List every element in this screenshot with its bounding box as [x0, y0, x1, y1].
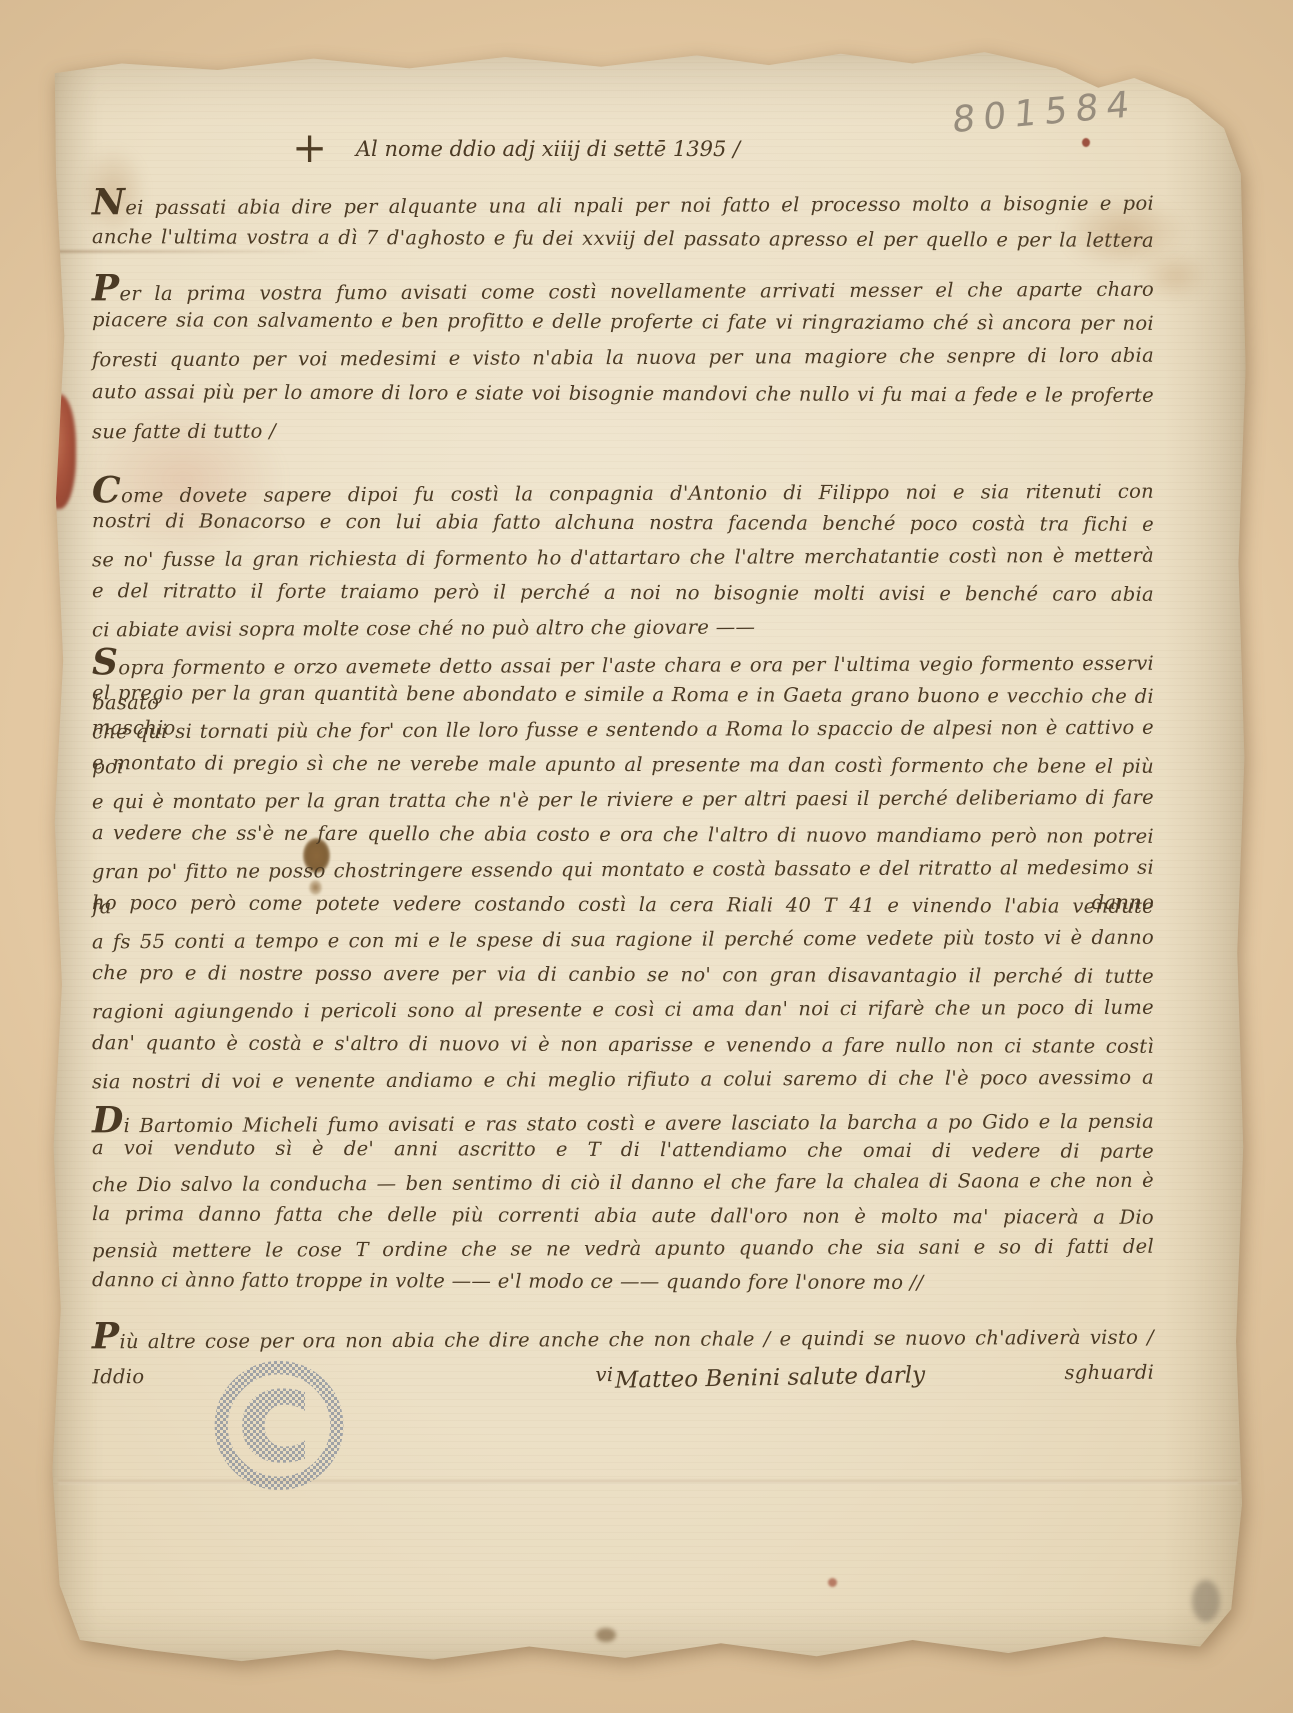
fold-crease-bottom: [58, 1480, 1238, 1484]
manuscript-line: che Dio salvo la conducha — ben sentimo …: [92, 1164, 1154, 1202]
manuscript-line: Come dovete sapere dipoi fu costì la con…: [92, 468, 1154, 508]
manuscript-line: ragioni agiungendo i pericoli sono al pr…: [92, 990, 1154, 1030]
manuscript-line: auto assai più per lo amore di loro e si…: [92, 374, 1154, 414]
manuscript-line: Più altre cose per ora non abia che dire…: [92, 1314, 1154, 1354]
paragraph-2: Per la prima vostra fumo avisati come co…: [92, 268, 1154, 448]
manuscript-line: sue fatte di tutto /: [92, 410, 1154, 451]
manuscript-line: Nei passati abia dire per alquante una a…: [92, 180, 1154, 223]
paragraph-5: Di Bartomio Micheli fumo avisati e ras s…: [92, 1100, 1154, 1298]
manuscript-line: dan' quanto è costà e s'altro di nuovo v…: [92, 1025, 1154, 1064]
paragraph-6: Più altre cose per ora non abia che dire…: [92, 1316, 1154, 1351]
manuscript-line: a voi venduto sì è de' anni ascritto e T…: [92, 1131, 1154, 1168]
manuscript-line: a fs 55 conti a tempo e con mi e le spes…: [92, 920, 1154, 960]
bottom-stain: [596, 1628, 616, 1642]
manuscript-line: che pro e di nostre posso avere per via …: [92, 955, 1154, 994]
manuscript-line: e qui è montato per la gran tratta che n…: [92, 780, 1154, 820]
page-background: { "document": { "archive_number": "80158…: [0, 0, 1293, 1713]
manuscript-line: pensià mettere le cose T ordine che se n…: [92, 1230, 1154, 1268]
manuscript-line: ho poco però come potete vedere costando…: [92, 885, 1154, 924]
manuscript-line: a vedere che ss'è ne fare quello che abi…: [92, 815, 1154, 854]
wax-seal-remnant: [40, 394, 76, 509]
cross-mark: +: [292, 123, 323, 172]
manuscript-line: se no' fusse la gran richiesta di formen…: [92, 538, 1154, 578]
manuscript-line: sia nostri di voi e venente andiamo e ch…: [92, 1060, 1154, 1100]
paragraph-1: Nei passati abia dire per alquante una a…: [92, 182, 1154, 258]
manuscript-line: e montato di pregio sì che ne verebe mal…: [92, 745, 1154, 784]
manuscript-line: Per la prima vostra fumo avisati come co…: [92, 266, 1154, 307]
bottom-red-stain: [828, 1578, 837, 1587]
manuscript-line: danno ci ànno fatto troppe in volte —— e…: [92, 1263, 1154, 1300]
heading-text: Al nome ddio adj xiiij di settē 1395 /: [356, 137, 740, 161]
manuscript-line: el pregio per la gran quantità bene abon…: [92, 675, 1154, 714]
paragraph-4: Sopra formento e orzo avemete detto assa…: [92, 642, 1154, 1097]
manuscript-line: piacere sia con salvamento e ben profitt…: [92, 302, 1154, 342]
manuscript-line: e del ritratto il forte traiamo però il …: [92, 573, 1154, 612]
manuscript-line: che qui si tornati più che for' con lle …: [92, 710, 1154, 750]
manuscript-line: nostri di Bonacorso e con lui abia fatto…: [92, 503, 1154, 542]
manuscript-line: la prima danno fatta che delle più corre…: [92, 1197, 1154, 1234]
manuscript-line: gran po' fitto ne posso chostringere ess…: [92, 850, 1154, 890]
manuscript-line: Di Bartomio Micheli fumo avisati e ras s…: [92, 1098, 1154, 1136]
paragraph-3: Come dovete sapere dipoi fu costì la con…: [92, 470, 1154, 645]
manuscript-line: foresti quanto per voi medesimi e visto …: [92, 338, 1154, 379]
manuscript-line: Sopra formento e orzo avemete detto assa…: [92, 640, 1154, 680]
manuscript-line: anche l'ultima vostra a dì 7 d'aghosto e…: [92, 218, 1154, 260]
bottom-right-smudge: [1192, 1580, 1220, 1622]
